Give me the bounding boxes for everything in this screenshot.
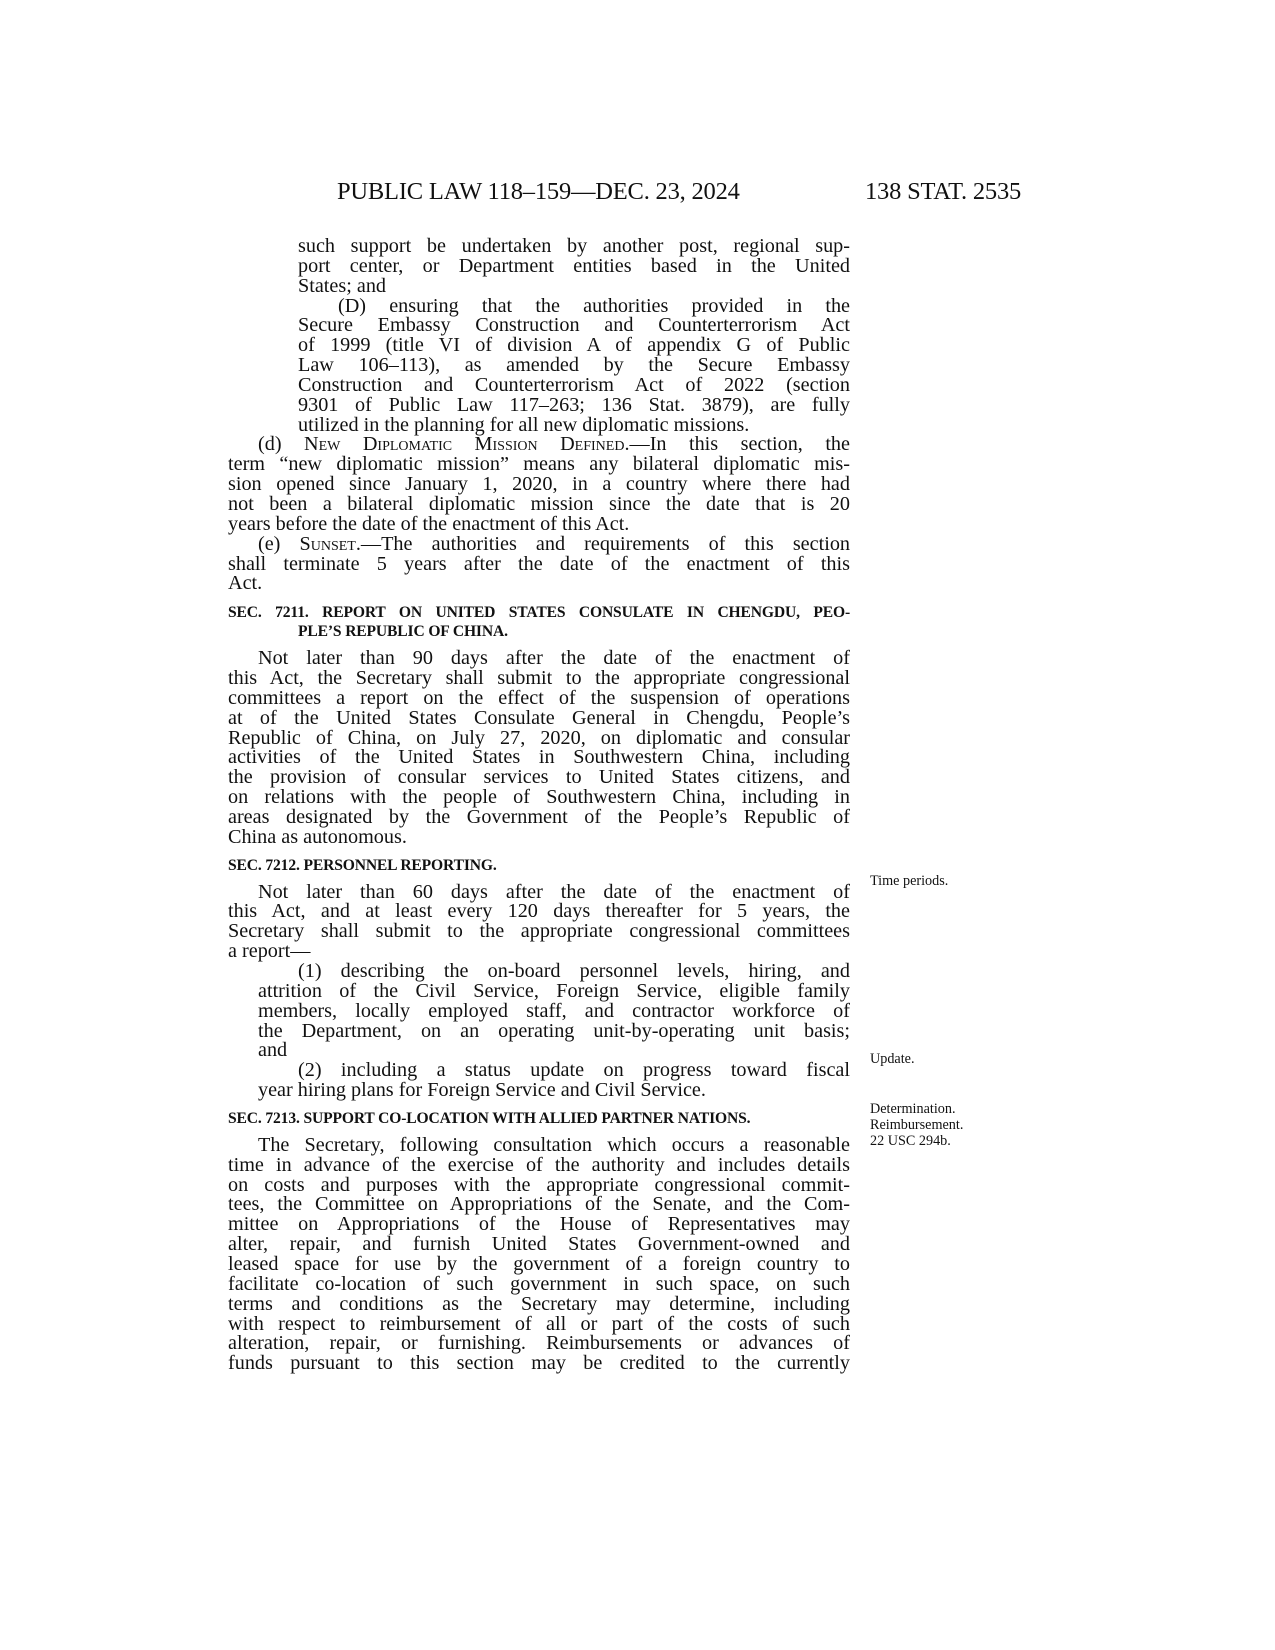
text-line: not been a bilateral diplomatic mission … (228, 495, 850, 515)
text-line: funds pursuant to this section may be cr… (228, 1354, 850, 1374)
subsection-heading: Sunset. (300, 533, 361, 555)
margin-note-time-periods: Time periods. (870, 873, 948, 889)
subsection-e-sunset: (e) Sunset.—The authorities and requirem… (228, 535, 850, 595)
section-body: The Secretary, following consultation wh… (228, 1136, 850, 1374)
paragraph-2: (2) including a status update on progres… (228, 1061, 850, 1101)
text-line: sion opened since January 1, 2020, in a … (228, 475, 850, 495)
document-body: such support be undertaken by another po… (228, 237, 850, 1374)
text-line: Law 106–113), as amended by the Secure E… (298, 356, 850, 376)
text-line: (1) describing the on-board personnel le… (298, 962, 850, 982)
text-line: Act. (228, 574, 850, 594)
text-line: shall terminate 5 years after the date o… (228, 555, 850, 575)
text-line: the Department, on an operating unit-by-… (258, 1022, 850, 1042)
section-heading: SEC. 7213. SUPPORT CO-LOCATION WITH ALLI… (228, 1109, 850, 1128)
text-line: facilitate co-location of such governmen… (228, 1275, 850, 1295)
text-line: committees a report on the effect of the… (228, 689, 850, 709)
text-line: attrition of the Civil Service, Foreign … (258, 982, 850, 1002)
section-7211: SEC. 7211. REPORT ON UNITED STATES CONSU… (228, 603, 850, 847)
text-line: leased space for use by the government o… (228, 1255, 850, 1275)
text-line: States; and (298, 277, 850, 297)
text-line: year hiring plans for Foreign Service an… (258, 1081, 850, 1101)
page-header: PUBLIC LAW 118–159—DEC. 23, 2024 138 STA… (0, 178, 1275, 208)
text-line: port center, or Department entities base… (298, 257, 850, 277)
text-line: on relations with the people of Southwes… (228, 788, 850, 808)
subsection-marker: (e) (258, 533, 300, 555)
text-line: (e) Sunset.—The authorities and requirem… (258, 535, 850, 555)
text-line: time in advance of the exercise of the a… (228, 1156, 850, 1176)
text-line: members, locally employed staff, and con… (258, 1002, 850, 1022)
margin-note-determination-block: Determination. Reimbursement. 22 USC 294… (870, 1101, 963, 1149)
text-line: Construction and Counterterrorism Act of… (298, 376, 850, 396)
text-run: —In this section, the (630, 433, 851, 455)
text-run: —The authorities and requirements of thi… (361, 533, 850, 555)
section-7212: SEC. 7212. PERSONNEL REPORTING. Not late… (228, 856, 850, 1101)
page-number-stat: 138 STAT. 2535 (865, 178, 1021, 206)
subparagraph-d: (D) ensuring that the authorities provid… (228, 297, 850, 436)
text-line: at of the United States Consulate Genera… (228, 709, 850, 729)
margin-note-usc-citation: 22 USC 294b. (870, 1133, 963, 1149)
section-heading: SEC. 7212. PERSONNEL REPORTING. (228, 856, 850, 875)
text-line: this Act, the Secretary shall submit to … (228, 669, 850, 689)
subsection-heading: New Diplomatic Mission Defined. (304, 433, 629, 455)
section-heading: SEC. 7211. REPORT ON UNITED STATES CONSU… (228, 603, 850, 622)
text-line: such support be undertaken by another po… (298, 237, 850, 257)
text-line: terms and conditions as the Secretary ma… (228, 1295, 850, 1315)
margin-note-determination: Determination. (870, 1101, 963, 1117)
subsection-marker: (d) (258, 433, 304, 455)
section-heading-continued: PLE’S REPUBLIC OF CHINA. (298, 622, 850, 641)
section-body: Not later than 60 days after the date of… (228, 883, 850, 1101)
margin-note-update: Update. (870, 1051, 915, 1067)
text-line: 9301 of Public Law 117–263; 136 Stat. 38… (298, 396, 850, 416)
subsection-d-new-diplomatic-mission-defined: (d) New Diplomatic Mission Defined.—In t… (228, 435, 850, 534)
running-head-title: PUBLIC LAW 118–159—DEC. 23, 2024 (337, 178, 740, 206)
text-line: areas designated by the Government of th… (228, 808, 850, 828)
text-line: China as autonomous. (228, 828, 850, 848)
section-7213: SEC. 7213. SUPPORT CO-LOCATION WITH ALLI… (228, 1109, 850, 1374)
margin-note-reimbursement: Reimbursement. (870, 1117, 963, 1133)
text-line: alter, repair, and furnish United States… (228, 1235, 850, 1255)
text-line: The Secretary, following consultation wh… (258, 1136, 850, 1156)
text-line: Secretary shall submit to the appropriat… (228, 922, 850, 942)
continued-paragraph-c: such support be undertaken by another po… (228, 237, 850, 297)
paragraph-1: (1) describing the on-board personnel le… (228, 962, 850, 1061)
section-body: Not later than 90 days after the date of… (228, 649, 850, 847)
